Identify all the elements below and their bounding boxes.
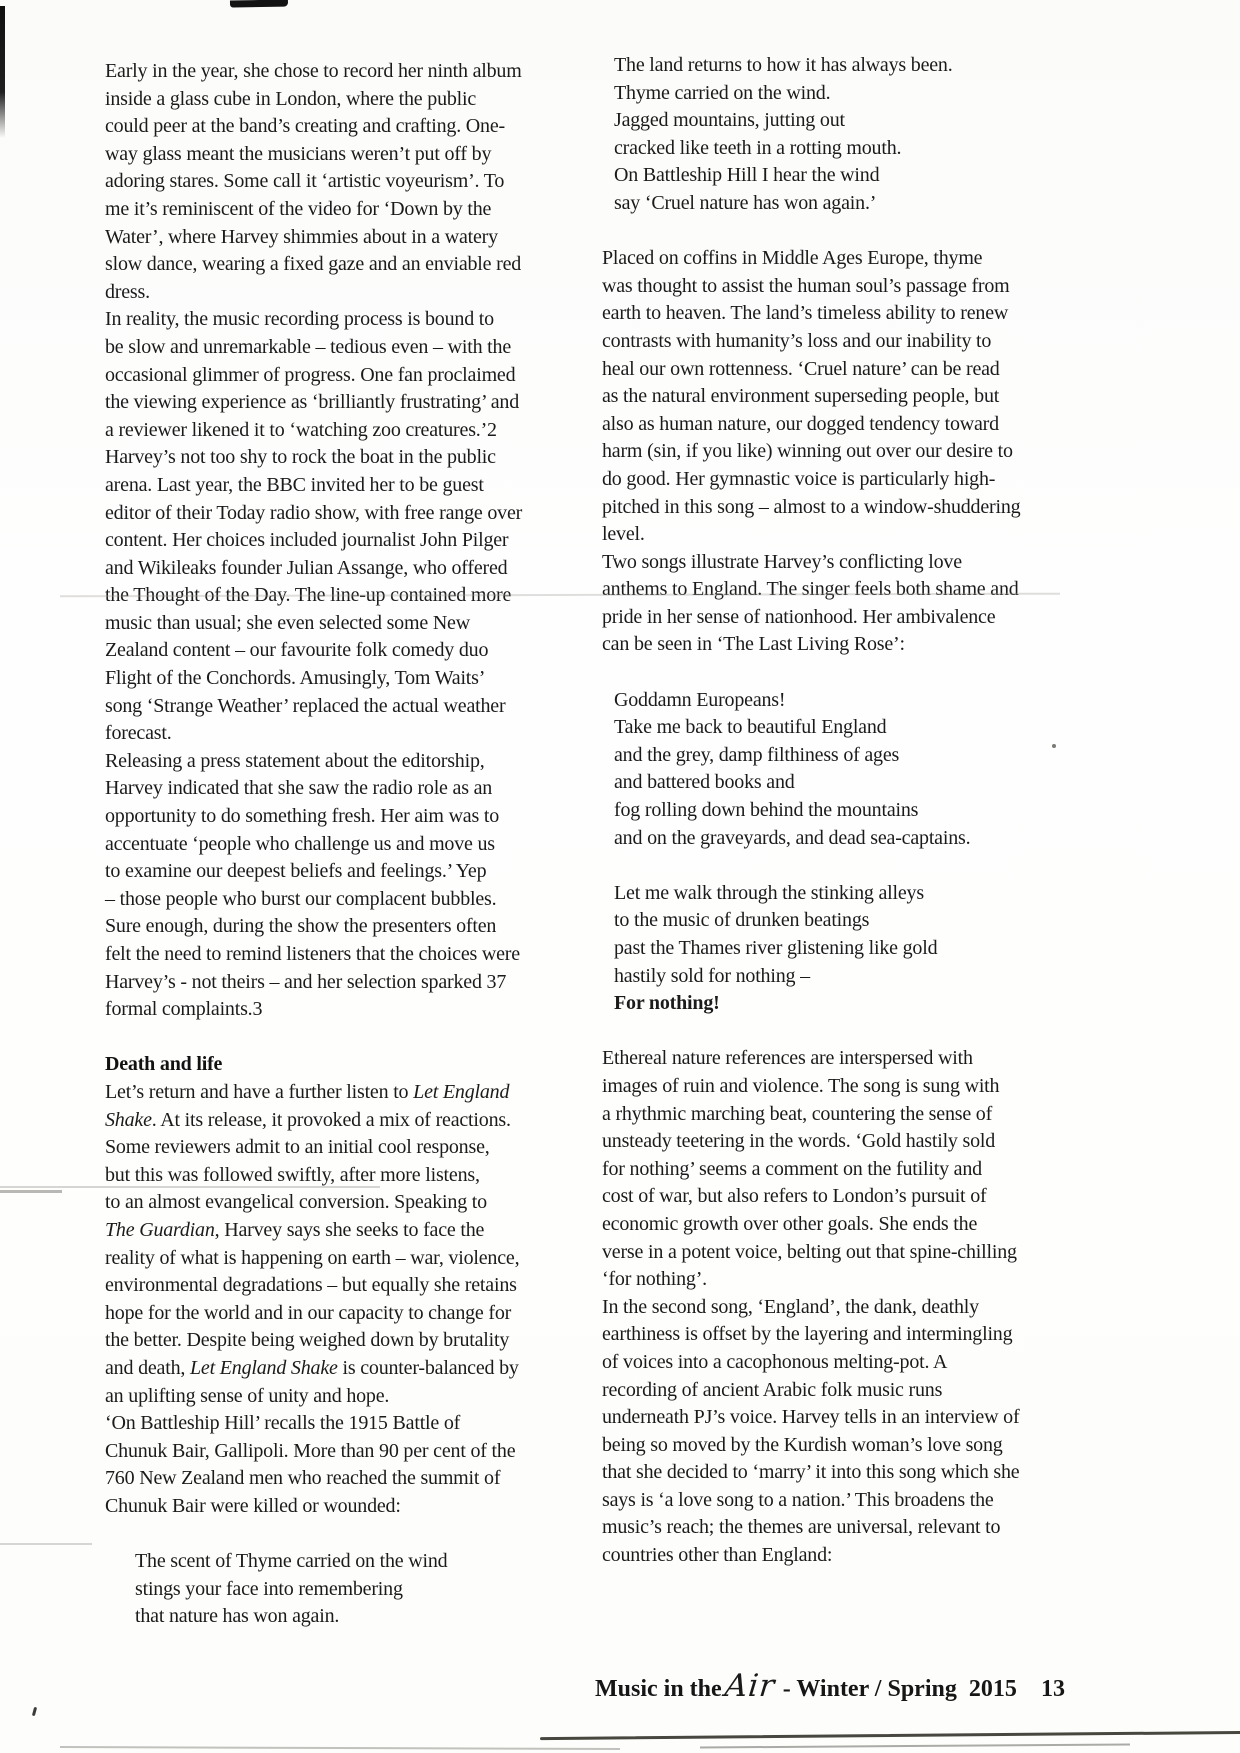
text-line: 760 New Zealand men who reached the summ… — [105, 1465, 610, 1493]
text-line: environmental degradations – but equally… — [105, 1272, 610, 1300]
text-line: formal complaints.3 — [105, 996, 610, 1024]
verse-quote: Let me walk through the stinking alleyst… — [614, 880, 1107, 1018]
text-line: pitched in this song – almost to a windo… — [602, 494, 1107, 522]
text-line: of voices into a cacophonous melting-pot… — [602, 1349, 1107, 1377]
text-line: Chunuk Bair were killed or wounded: — [105, 1493, 610, 1521]
text-line: Zealand content – our favourite folk com… — [105, 637, 610, 665]
text-line: occasional glimmer of progress. One fan … — [105, 362, 610, 390]
text-line: the Thought of the Day. The line-up cont… — [105, 582, 610, 610]
paragraph: Let’s return and have a further listen t… — [105, 1079, 610, 1410]
text-line: a reviewer likened it to ‘watching zoo c… — [105, 417, 610, 445]
magazine-title-prefix: Music in the — [595, 1676, 722, 1703]
text-line: Harvey indicated that she saw the radio … — [105, 775, 610, 803]
text-line: that nature has won again. — [135, 1603, 610, 1631]
paragraph: Ethereal nature references are intersper… — [602, 1045, 1107, 1569]
text-line: as the natural environment superseding p… — [602, 383, 1107, 411]
text-line: Goddamn Europeans! — [614, 687, 1107, 715]
text-line: that she decided to ‘marry’ it into this… — [602, 1459, 1107, 1487]
text-line: level. — [602, 521, 1107, 549]
text-line: past the Thames river glistening like go… — [614, 935, 1107, 963]
text-line: economic growth over other goals. She en… — [602, 1211, 1107, 1239]
page-footer: Music in theAir - Winter / Spring 2015 1… — [595, 1668, 1065, 1704]
text-line: Take me back to beautiful England — [614, 714, 1107, 742]
scan-artifact-page-curl-shadow — [60, 1746, 620, 1750]
text-line: to examine our deepest beliefs and feeli… — [105, 858, 610, 886]
text-line: being so moved by the Kurdish woman’s lo… — [602, 1432, 1107, 1460]
text-line: to the music of drunken beatings — [614, 907, 1107, 935]
text-line: music’s reach; the themes are universal,… — [602, 1514, 1107, 1542]
italic-text: The Guardian — [105, 1219, 215, 1241]
text-line: the better. Despite being weighed down b… — [105, 1327, 610, 1355]
scan-artifact-left-edge-line — [0, 6, 5, 138]
text-line: harm (sin, if you like) winning out over… — [602, 438, 1107, 466]
scanned-page: { "document": { "kind": "scanned magazin… — [0, 0, 1240, 1753]
text-line: Water’, where Harvey shimmies about in a… — [105, 224, 610, 252]
text-line: The land returns to how it has always be… — [614, 52, 1107, 80]
text-line: but this was followed swiftly, after mor… — [105, 1162, 610, 1190]
text-line: Flight of the Conchords. Amusingly, Tom … — [105, 665, 610, 693]
text-line: slow dance, wearing a fixed gaze and an … — [105, 251, 610, 279]
text-line: Chunuk Bair, Gallipoli. More than 90 per… — [105, 1438, 610, 1466]
text-line: say ‘Cruel nature has won again.’ — [614, 190, 1107, 218]
text-line: adoring stares. Some call it ‘artistic v… — [105, 168, 610, 196]
text-line: and Wikileaks founder Julian Assange, wh… — [105, 555, 610, 583]
text-line: underneath PJ’s voice. Harvey tells in a… — [602, 1404, 1107, 1432]
text-line: Harvey’s - not theirs – and her selectio… — [105, 969, 610, 997]
text-line: dress. — [105, 279, 610, 307]
text-line: reality of what is happening on earth – … — [105, 1245, 610, 1273]
text-line: The scent of Thyme carried on the wind — [135, 1548, 610, 1576]
text-line: for nothing’ seems a comment on the futi… — [602, 1156, 1107, 1184]
text-line: Placed on coffins in Middle Ages Europe,… — [602, 245, 1107, 273]
text-line: The Guardian, Harvey says she seeks to f… — [105, 1217, 610, 1245]
text-line: do good. Her gymnastic voice is particul… — [602, 466, 1107, 494]
paragraph: Placed on coffins in Middle Ages Europe,… — [602, 245, 1107, 549]
verse-quote: The scent of Thyme carried on the windst… — [135, 1548, 610, 1631]
text-line: the viewing experience as ‘brilliantly f… — [105, 389, 610, 417]
text-line: Ethereal nature references are intersper… — [602, 1045, 1107, 1073]
scan-artifact-streak — [0, 1543, 92, 1545]
text-line: and the grey, damp filthiness of ages — [614, 742, 1107, 770]
text-line: way glass meant the musicians weren’t pu… — [105, 141, 610, 169]
italic-text: Let England — [413, 1081, 509, 1103]
text-line: Harvey’s not too shy to rock the boat in… — [105, 444, 610, 472]
text-line: earth to heaven. The land’s timeless abi… — [602, 300, 1107, 328]
text-line: unsteady teetering in the words. ‘Gold h… — [602, 1128, 1107, 1156]
text-line: felt the need to remind listeners that t… — [105, 941, 610, 969]
text-line: opportunity to do something fresh. Her a… — [105, 803, 610, 831]
text-line: hope for the world and in our capacity t… — [105, 1300, 610, 1328]
text-line: pride in her sense of nationhood. Her am… — [602, 604, 1107, 632]
text-line: Jagged mountains, jutting out — [614, 107, 1107, 135]
text-line: – those people who burst our complacent … — [105, 886, 610, 914]
text-line: On Battleship Hill I hear the wind — [614, 162, 1107, 190]
magazine-title-script-word: Air — [723, 1668, 777, 1704]
text-line: also as human nature, our dogged tendenc… — [602, 411, 1107, 439]
paragraph: Releasing a press statement about the ed… — [105, 748, 610, 1024]
text-line: images of ruin and violence. The song is… — [602, 1073, 1107, 1101]
text-line: contrasts with humanity’s loss and our i… — [602, 328, 1107, 356]
paragraph: Early in the year, she chose to record h… — [105, 58, 610, 306]
text-line: forecast. — [105, 720, 610, 748]
text-line: In reality, the music recording process … — [105, 306, 610, 334]
paragraph: In reality, the music recording process … — [105, 306, 610, 748]
text-line: editor of their Today radio show, with f… — [105, 500, 610, 528]
text-line: to an almost evangelical conversion. Spe… — [105, 1189, 610, 1217]
text-line: song ‘Strange Weather’ replaced the actu… — [105, 693, 610, 721]
section-heading: Death and life — [105, 1051, 610, 1079]
text-line: ‘for nothing’. — [602, 1266, 1107, 1294]
scan-artifact-speck — [32, 1707, 37, 1716]
text-line: In the second song, ‘England’, the dank,… — [602, 1294, 1107, 1322]
paragraph: ‘On Battleship Hill’ recalls the 1915 Ba… — [105, 1410, 610, 1520]
text-line: Early in the year, she chose to record h… — [105, 58, 610, 86]
text-line: can be seen in ‘The Last Living Rose’: — [602, 631, 1107, 659]
text-line: Releasing a press statement about the ed… — [105, 748, 610, 776]
text-line: arena. Last year, the BBC invited her to… — [105, 472, 610, 500]
text-line: earthiness is offset by the layering and… — [602, 1321, 1107, 1349]
text-line: recording of ancient Arabic folk music r… — [602, 1377, 1107, 1405]
text-line: and on the graveyards, and dead sea-capt… — [614, 825, 1107, 853]
text-line: and death, Let England Shake is counter-… — [105, 1355, 610, 1383]
text-line: could peer at the band’s creating and cr… — [105, 113, 610, 141]
text-line: be slow and unremarkable – tedious even … — [105, 334, 610, 362]
text-line: says is ‘a love song to a nation.’ This … — [602, 1487, 1107, 1515]
text-line: an uplifting sense of unity and hope. — [105, 1383, 610, 1411]
text-line: inside a glass cube in London, where the… — [105, 86, 610, 114]
text-line: Let’s return and have a further listen t… — [105, 1079, 610, 1107]
magazine-title: Music in theAir - Winter / Spring 2015 — [595, 1668, 1017, 1704]
text-line: Let me walk through the stinking alleys — [614, 880, 1107, 908]
verse-quote: Goddamn Europeans!Take me back to beauti… — [614, 687, 1107, 853]
article-column-left: Early in the year, she chose to record h… — [105, 58, 610, 1631]
text-line: was thought to assist the human soul’s p… — [602, 273, 1107, 301]
scan-artifact-page-curl-shadow — [700, 1743, 1130, 1748]
text-line: heal our own rottenness. ‘Cruel nature’ … — [602, 356, 1107, 384]
text-line: Some reviewers admit to an initial cool … — [105, 1134, 610, 1162]
bold-text: For nothing! — [614, 992, 720, 1014]
paragraph: Two songs illustrate Harvey’s conflictin… — [602, 549, 1107, 659]
scan-artifact-page-curl-shadow — [540, 1731, 1240, 1740]
text-line: countries other than England: — [602, 1542, 1107, 1570]
text-line: Thyme carried on the wind. — [614, 80, 1107, 108]
text-line: content. Her choices included journalist… — [105, 527, 610, 555]
text-line: Sure enough, during the show the present… — [105, 913, 610, 941]
text-line: me it’s reminiscent of the video for ‘Do… — [105, 196, 610, 224]
scan-artifact-streak — [0, 1190, 62, 1193]
text-line: cracked like teeth in a rotting mouth. — [614, 135, 1107, 163]
text-line: Shake. At its release, it provoked a mix… — [105, 1107, 610, 1135]
text-line: hastily sold for nothing – — [614, 963, 1107, 991]
text-line: verse in a potent voice, belting out tha… — [602, 1239, 1107, 1267]
text-line: accentuate ‘people who challenge us and … — [105, 831, 610, 859]
italic-text: Shake — [105, 1109, 152, 1131]
text-line: Death and life — [105, 1051, 610, 1079]
italic-text: Let England Shake — [190, 1357, 338, 1379]
text-line: stings your face into remembering — [135, 1576, 610, 1604]
page-number: 13 — [1041, 1676, 1065, 1703]
text-line: and battered books and — [614, 769, 1107, 797]
text-line: ‘On Battleship Hill’ recalls the 1915 Ba… — [105, 1410, 610, 1438]
text-line: cost of war, but also refers to London’s… — [602, 1183, 1107, 1211]
scan-artifact-top-black-mark — [230, 0, 288, 8]
article-column-right: The land returns to how it has always be… — [602, 52, 1107, 1570]
text-line: fog rolling down behind the mountains — [614, 797, 1107, 825]
text-line: For nothing! — [614, 990, 1107, 1018]
text-line: music than usual; she even selected some… — [105, 610, 610, 638]
verse-quote: The land returns to how it has always be… — [614, 52, 1107, 218]
text-line: a rhythmic marching beat, countering the… — [602, 1101, 1107, 1129]
text-line: Two songs illustrate Harvey’s conflictin… — [602, 549, 1107, 577]
issue-label: - Winter / Spring 2015 — [777, 1676, 1017, 1703]
text-line: anthems to England. The singer feels bot… — [602, 576, 1107, 604]
